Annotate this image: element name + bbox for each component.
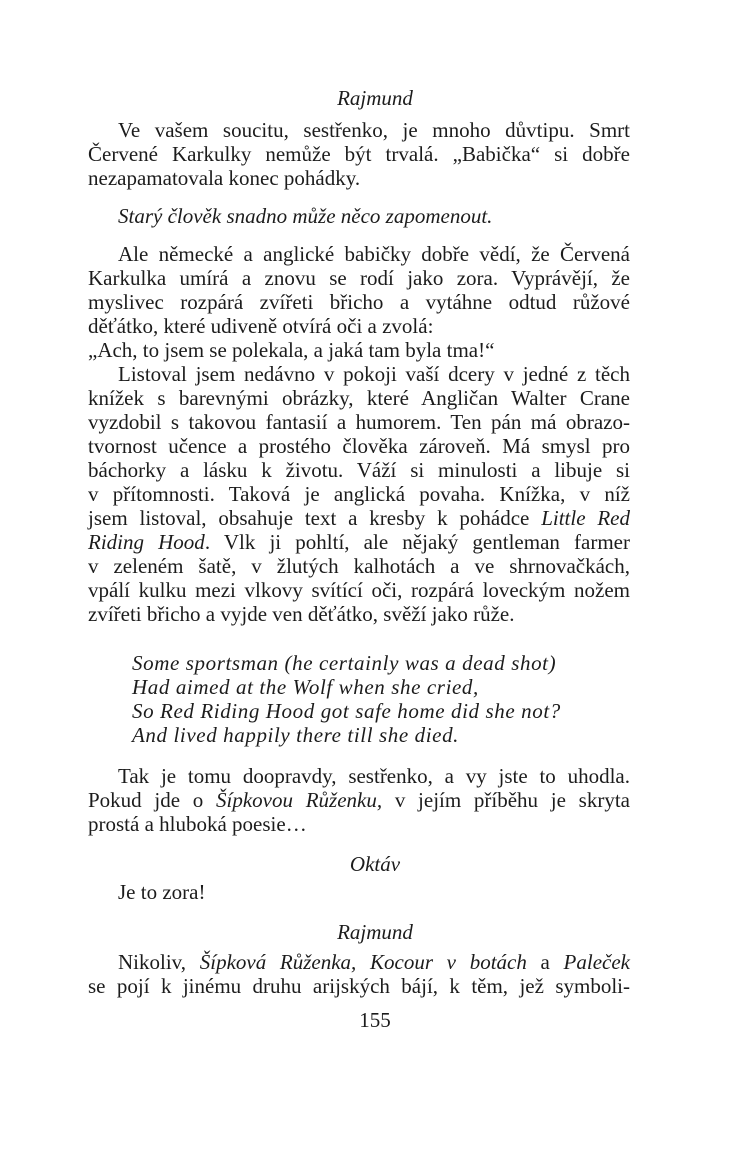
quote-line: „Ach, to jsem se polekala, a jaká tam by… xyxy=(88,338,630,362)
text-segment: . Vlk ji pohltí, ale nějaký gentleman fa… xyxy=(205,530,630,554)
italic-stage-line: Starý člověk snadno může něco zapomenout… xyxy=(118,204,660,228)
paragraph-line: v přítomnosti. Taková je anglická povaha… xyxy=(88,482,630,506)
paragraph-line: prostá a hluboká poesie… xyxy=(88,812,630,836)
speaker-name-rajmund: Rajmund xyxy=(0,86,750,110)
paragraph-line: jsem listoval, obsahuje text a kresby k … xyxy=(88,506,630,530)
paragraph-line: knížek s barevnými obrázky, které Anglič… xyxy=(88,386,630,410)
verse-line: Some sportsman (he certainly was a dead … xyxy=(132,651,556,675)
text-segment: Pokud jde o xyxy=(88,788,216,812)
paragraph-line: báchorky a lásku k životu. Váží si minul… xyxy=(88,458,630,482)
text-segment: jsem listoval, obsahuje text a kresby k … xyxy=(88,506,541,530)
paragraph-line: myslivec rozpárá zvířeti břicho a vytáhn… xyxy=(88,290,630,314)
paragraph-line: Je to zora! xyxy=(118,880,660,904)
paragraph-line: tvornost učence a prostého člověka zárov… xyxy=(88,434,630,458)
paragraph-line: se pojí k jinému druhu arijských bájí, k… xyxy=(88,974,630,998)
title-italic: Paleček xyxy=(564,950,630,974)
page-number: 155 xyxy=(0,1008,750,1032)
paragraph-line: Listoval jsem nedávno v pokoji vaší dcer… xyxy=(88,362,630,386)
paragraph-line: Riding Hood. Vlk ji pohltí, ale nějaký g… xyxy=(88,530,630,554)
speaker-name-rajmund: Rajmund xyxy=(0,920,750,944)
paragraph-line: Nikoliv, Šípková Růženka, Kocour v botác… xyxy=(88,950,630,974)
book-title-italic: Little Red xyxy=(541,506,630,530)
text-segment: a xyxy=(527,950,564,974)
paragraph-line: Ve vašem soucitu, sestřenko, je mnoho dů… xyxy=(88,118,630,142)
paragraph-line: nezapamatovala konec pohádky. xyxy=(88,166,630,190)
book-title-italic: Riding Hood xyxy=(88,530,205,554)
verse-line: So Red Riding Hood got safe home did she… xyxy=(132,699,561,723)
verse-line: Had aimed at the Wolf when she cried, xyxy=(132,675,479,699)
paragraph-line: v zeleném šatě, v žlutých kalhotách a ve… xyxy=(88,554,630,578)
paragraph-line: děťátko, které udiveně otvírá oči a zvol… xyxy=(88,314,630,338)
book-page: Rajmund Ve vašem soucitu, sestřenko, je … xyxy=(0,0,750,1152)
paragraph-line: Karkulka umírá a znovu se rodí jako zora… xyxy=(88,266,630,290)
verse-line: And lived happily there till she died. xyxy=(132,723,459,747)
speaker-name-oktav: Oktáv xyxy=(0,852,750,876)
paragraph-line: zvířeti břicho a vyjde ven děťátko, svěž… xyxy=(88,602,630,626)
paragraph-line: vyzdobil s takovou fantasií a humorem. T… xyxy=(88,410,630,434)
paragraph-line: Ale německé a anglické babičky dobře věd… xyxy=(88,242,630,266)
paragraph-line: Tak je tomu doopravdy, sestřenko, a vy j… xyxy=(88,764,630,788)
text-segment: v jejím příběhu je skryta xyxy=(382,788,630,812)
text-segment: Nikoliv, xyxy=(118,950,200,974)
paragraph-line: Červené Karkulky nemůže být trvalá. „Bab… xyxy=(88,142,630,166)
title-italic: Šípková Růženka, Kocour v botách xyxy=(200,950,527,974)
paragraph-line: vpálí kulku mezi vlkovy svítící oči, roz… xyxy=(88,578,630,602)
paragraph-line: Pokud jde o Šípkovou Růženku, v jejím př… xyxy=(88,788,630,812)
title-italic: Šípkovou Růženku, xyxy=(216,788,382,812)
